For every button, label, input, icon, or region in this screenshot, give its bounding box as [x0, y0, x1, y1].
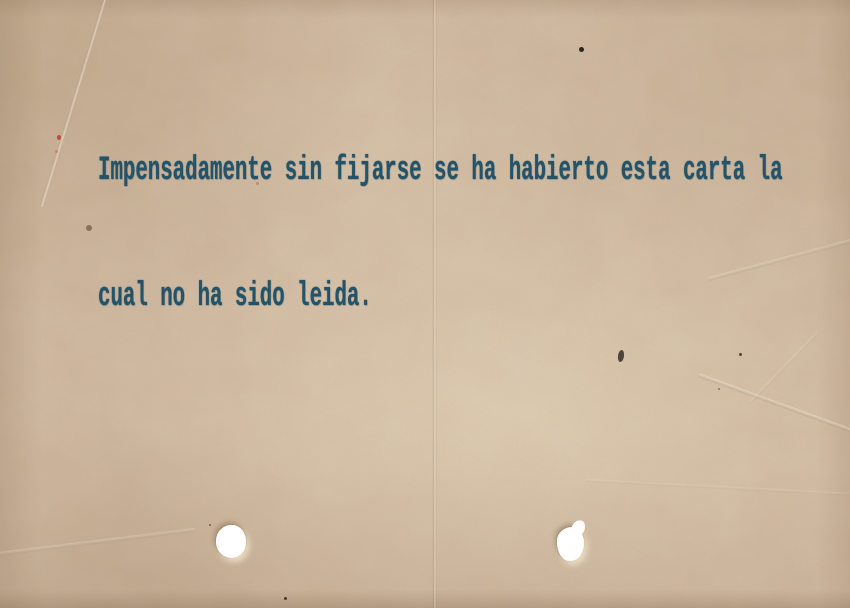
red-ink-speck	[55, 150, 58, 153]
black-dot	[579, 47, 584, 52]
typewritten-text: Impensadamente sin fijarse se ha habiert…	[98, 66, 783, 402]
crease-bottom-left	[0, 528, 195, 556]
brown-stain-dot	[86, 225, 92, 231]
black-dot	[284, 597, 287, 600]
typed-line-2: cual no ha sido leida.	[98, 276, 783, 318]
red-ink-speck	[57, 135, 61, 140]
crease-bottom-right	[586, 479, 850, 496]
punch-hole-right	[557, 527, 584, 561]
punch-hole-left	[216, 525, 246, 558]
typed-line-1: Impensadamente sin fijarse se ha habiert…	[98, 150, 783, 192]
letter-paper: Impensadamente sin fijarse se ha habiert…	[0, 0, 850, 608]
black-dot	[209, 524, 211, 526]
